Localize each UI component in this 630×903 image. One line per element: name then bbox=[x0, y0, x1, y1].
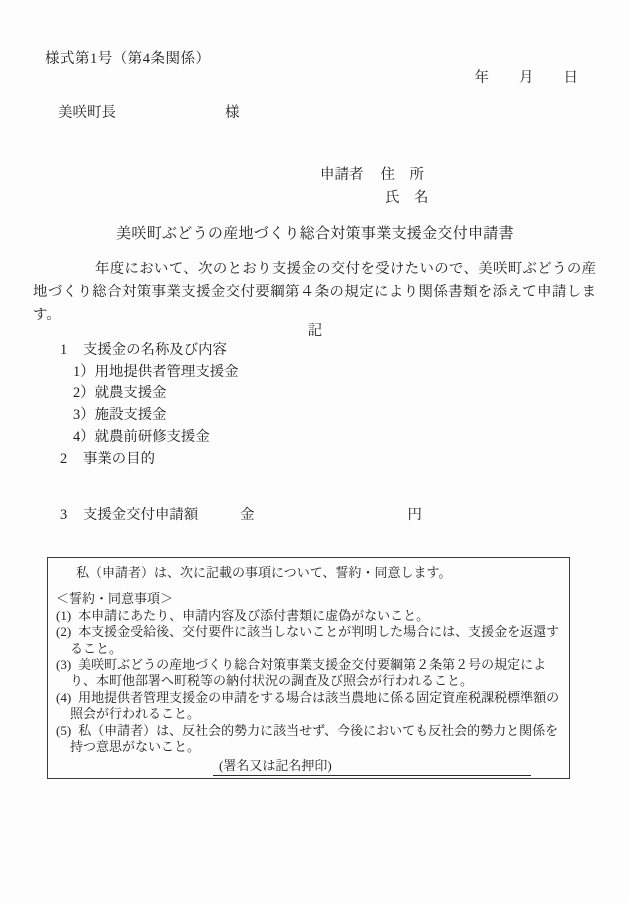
date-line: 年月日 bbox=[475, 66, 579, 87]
section-label: 支援金の名称及び内容 bbox=[83, 342, 227, 358]
record-mark: 記 bbox=[0, 319, 630, 340]
section-item-1: 1支援金の名称及び内容 bbox=[60, 340, 239, 362]
clause-text: 用地提供者管理支援金の申請をする場合は該当農地に係る固定資産税課税標準額の照会が… bbox=[70, 690, 559, 721]
clause-number: (3) bbox=[56, 657, 71, 672]
subsidy-subitem-1: 1）用地提供者管理支援金 bbox=[60, 362, 239, 384]
applicant-address-label: 住 所 bbox=[381, 167, 425, 183]
addressee-honorific: 様 bbox=[225, 105, 240, 121]
pledge-clause-4: (4)用地提供者管理支援金の申請をする場合は該当農地に係る固定資産税課税標準額の… bbox=[56, 690, 563, 723]
section-number: 2 bbox=[60, 449, 83, 471]
amount-prefix: 金 bbox=[240, 507, 254, 523]
body-paragraph: 年度において、次のとおり支援金の交付を受けたいので、美咲町ぶどうの産地づくり総合… bbox=[33, 258, 596, 327]
section-list: 1支援金の名称及び内容 1）用地提供者管理支援金 2）就農支援金 3）施設支援金… bbox=[60, 340, 239, 470]
year-label: 年 bbox=[475, 70, 490, 86]
day-label: 日 bbox=[564, 70, 579, 86]
section-item-2: 2事業の目的 bbox=[60, 449, 239, 471]
subsidy-subitem-3: 3）施設支援金 bbox=[60, 405, 239, 427]
section-label: 事業の目的 bbox=[83, 451, 155, 467]
application-form-page: 様式第1号（第4条関係） 年月日 美咲町長様 申請者住 所 氏 名 美咲町ぶどう… bbox=[0, 0, 630, 903]
subsidy-subitem-2: 2）就農支援金 bbox=[60, 383, 239, 405]
clause-number: (4) bbox=[56, 690, 71, 705]
pledge-clause-5: (5)私（申請者）は、反社会的勢力に該当せず、今後においても反社会的勢力と関係を… bbox=[56, 723, 563, 756]
addressee-title: 美咲町長 bbox=[58, 101, 225, 122]
amount-unit: 円 bbox=[408, 507, 422, 523]
pledge-clause-3: (3)美咲町ぶどうの産地づくり総合対策事業支援金交付要綱第２条第２号の規定により… bbox=[56, 657, 563, 690]
applicant-label: 申請者 bbox=[320, 167, 364, 183]
signature-label: (署名又は記名押印) bbox=[219, 758, 332, 773]
document-title: 美咲町ぶどうの産地づくり総合対策事業支援金交付申請書 bbox=[0, 222, 630, 243]
form-number: 様式第1号（第4条関係） bbox=[45, 47, 211, 68]
pledge-box: 私（申請者）は、次に記載の事項について、誓約・同意します。 ＜誓約・同意事項＞ … bbox=[47, 557, 570, 779]
clause-text: 本申請にあたり、申請内容及び添付書類に虚偽がないこと。 bbox=[78, 608, 429, 623]
clause-text: 美咲町ぶどうの産地づくり総合対策事業支援金交付要綱第２条第２号の規定により、本町… bbox=[70, 657, 546, 688]
pledge-heading: ＜誓約・同意事項＞ bbox=[56, 591, 563, 607]
applicant-block: 申請者住 所 氏 名 bbox=[320, 164, 429, 210]
clause-number: (5) bbox=[56, 723, 71, 738]
subsidy-subitem-4: 4）就農前研修支援金 bbox=[60, 427, 239, 449]
section-number: 1 bbox=[60, 340, 83, 362]
pledge-clause-1: (1)本申請にあたり、申請内容及び添付書類に虚偽がないこと。 bbox=[56, 608, 563, 624]
clause-number: (1) bbox=[56, 608, 71, 623]
clause-number: (2) bbox=[56, 624, 71, 639]
signature-row: (署名又は記名押印) bbox=[48, 758, 569, 776]
applicant-address-row: 申請者住 所 bbox=[320, 164, 429, 187]
applicant-name-label: 氏 名 bbox=[385, 190, 429, 206]
month-label: 月 bbox=[519, 70, 534, 86]
section-item-3-amount: 3支援金交付申請額金円 bbox=[60, 503, 422, 524]
addressee-line: 美咲町長様 bbox=[58, 101, 240, 122]
signature-line: (署名又は記名押印) bbox=[213, 758, 531, 776]
section-number: 3 bbox=[60, 507, 83, 524]
clause-text: 私（申請者）は、反社会的勢力に該当せず、今後においても反社会的勢力と関係を持つ意… bbox=[70, 723, 558, 754]
pledge-intro: 私（申請者）は、次に記載の事項について、誓約・同意します。 bbox=[56, 565, 563, 581]
clause-text: 本支援金受給後、交付要件に該当しないことが判明した場合には、支援金を返還すること… bbox=[70, 624, 559, 655]
section-label: 支援金交付申請額 bbox=[83, 507, 198, 523]
pledge-clause-2: (2)本支援金受給後、交付要件に該当しないことが判明した場合には、支援金を返還す… bbox=[56, 624, 563, 657]
applicant-name-row: 氏 名 bbox=[320, 187, 429, 210]
